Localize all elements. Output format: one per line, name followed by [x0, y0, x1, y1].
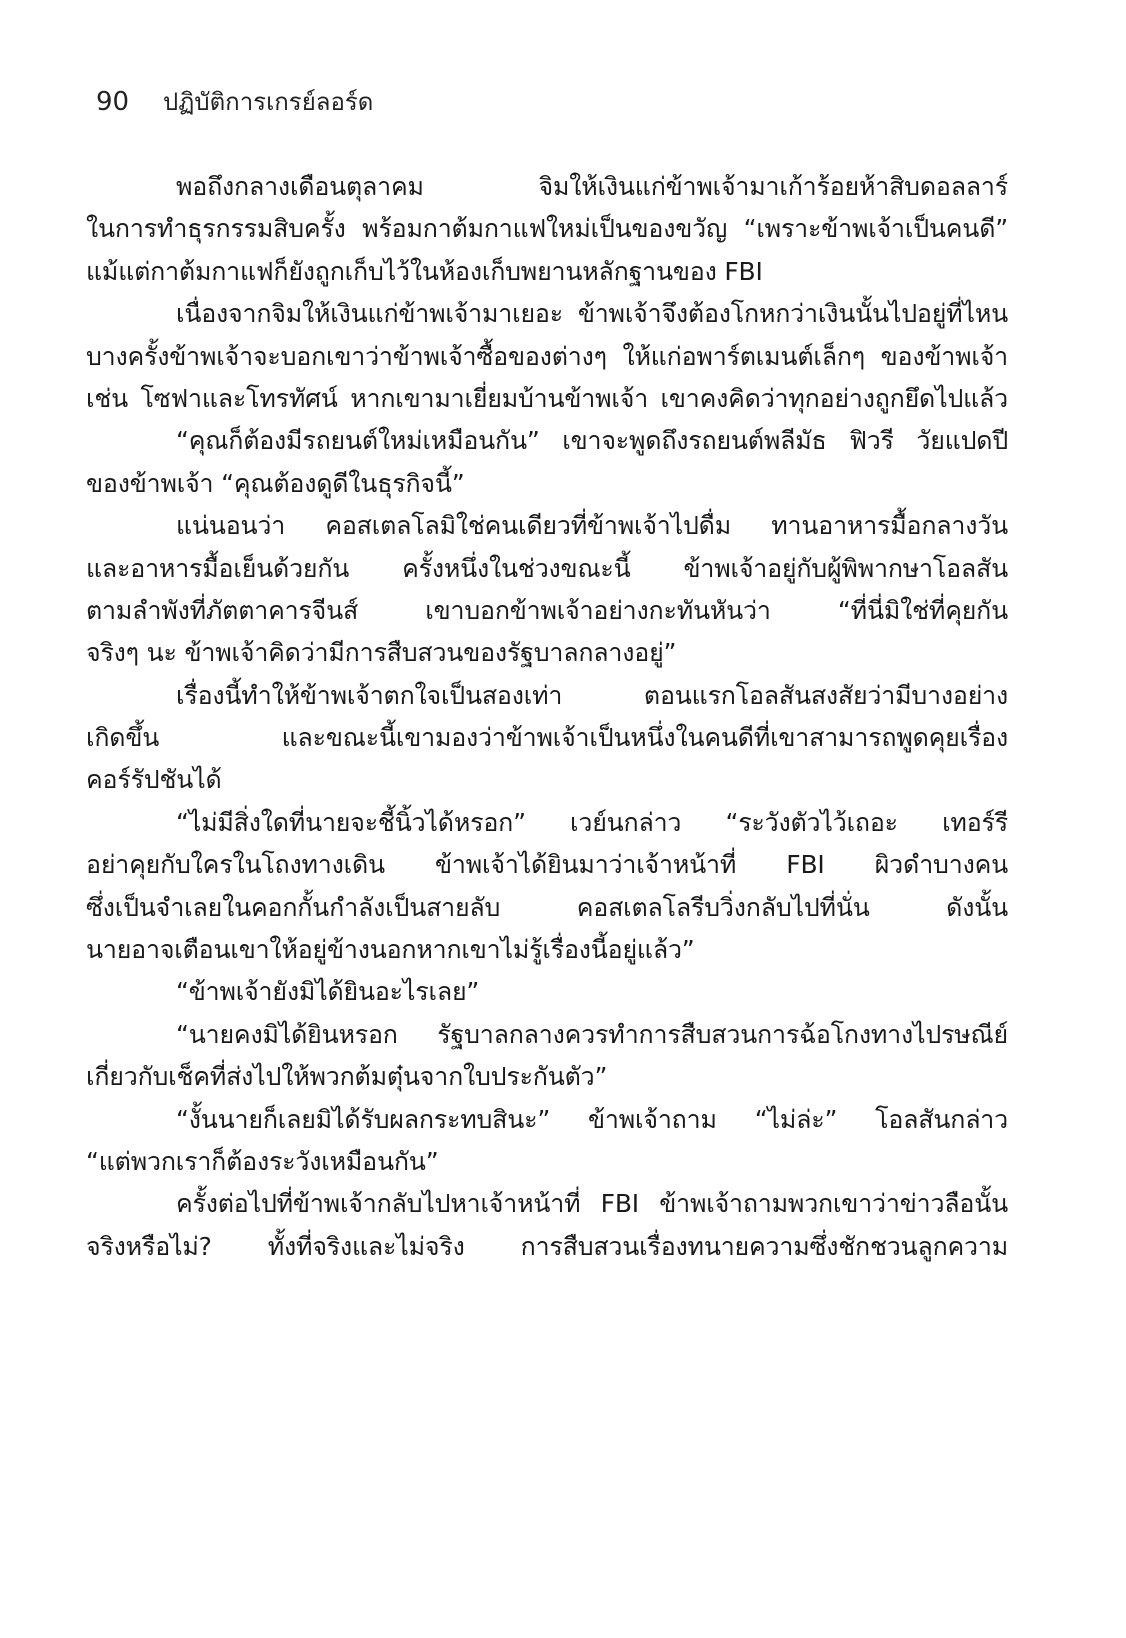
body-text: พอถึงกลางเดือนตุลาคม จิมให้เงินแก่ข้าพเจ…: [86, 166, 1008, 1268]
running-header: 90 ปฏิบัติการเกรย์ลอร์ด: [96, 82, 373, 122]
text-line: จริงๆ นะ ข้าพเจ้าคิดว่ามีการสืบสวนของรัฐ…: [86, 632, 1008, 674]
text-line: ของข้าพเจ้า “คุณต้องดูดีในธุรกิจนี้”: [86, 463, 1008, 505]
text-line: ซึ่งเป็นจำเลยในคอกกั้นกำลังเป็นสายลับ คอ…: [86, 887, 1008, 929]
text-line: อย่าคุยกับใครในโถงทางเดิน ข้าพเจ้าได้ยิน…: [86, 844, 1008, 886]
text-line: เกิดขึ้น และขณะนี้เขามองว่าข้าพเจ้าเป็นห…: [86, 717, 1008, 759]
text-line: “ไม่มีสิ่งใดที่นายจะชี้นิ้วได้หรอก” เวย์…: [86, 802, 1008, 844]
text-line: “ข้าพเจ้ายังมิได้ยินอะไรเลย”: [86, 971, 1008, 1013]
text-line: เนื่องจากจิมให้เงินแก่ข้าพเจ้ามาเยอะ ข้า…: [86, 293, 1008, 335]
text-line: แม้แต่กาต้มกาแฟก็ยังถูกเก็บไว้ในห้องเก็บ…: [86, 251, 1008, 293]
text-line: ครั้งต่อไปที่ข้าพเจ้ากลับไปหาเจ้าหน้าที่…: [86, 1183, 1008, 1225]
book-title: ปฏิบัติการเกรย์ลอร์ด: [163, 82, 373, 121]
text-line: และอาหารมื้อเย็นด้วยกัน ครั้งหนึ่งในช่วง…: [86, 548, 1008, 590]
text-line: แน่นอนว่า คอสเตลโลมิใช่คนเดียวที่ข้าพเจ้…: [86, 505, 1008, 547]
text-line: “คุณก็ต้องมีรถยนต์ใหม่เหมือนกัน” เขาจะพู…: [86, 420, 1008, 462]
text-line: “แต่พวกเราก็ต้องระวังเหมือนกัน”: [86, 1141, 1008, 1183]
text-line: “งั้นนายก็เลยมิได้รับผลกระทบสินะ” ข้าพเจ…: [86, 1099, 1008, 1141]
text-line: บางครั้งข้าพเจ้าจะบอกเขาว่าข้าพเจ้าซื้อข…: [86, 336, 1008, 378]
text-line: “นายคงมิได้ยินหรอก รัฐบาลกลางควรทำการสืบ…: [86, 1014, 1008, 1056]
text-line: เรื่องนี้ทำให้ข้าพเจ้าตกใจเป็นสองเท่า ตอ…: [86, 675, 1008, 717]
text-line: เช่น โซฟาและโทรทัศน์ หากเขามาเยี่ยมบ้านข…: [86, 378, 1008, 420]
text-line: นายอาจเตือนเขาให้อยู่ข้างนอกหากเขาไม่รู้…: [86, 929, 1008, 971]
text-line: จริงหรือไม่? ทั้งที่จริงและไม่จริง การสื…: [86, 1226, 1008, 1268]
text-line: พอถึงกลางเดือนตุลาคม จิมให้เงินแก่ข้าพเจ…: [86, 166, 1008, 208]
page-number: 90: [96, 87, 163, 117]
text-line: เกี่ยวกับเช็คที่ส่งไปให้พวกต้มตุ๋นจากใบป…: [86, 1056, 1008, 1098]
text-line: คอร์รัปชันได้: [86, 759, 1008, 801]
text-line: ในการทำธุรกรรมสิบครั้ง พร้อมกาต้มกาแฟใหม…: [86, 208, 1008, 250]
text-line: ตามลำพังที่ภัตตาคารจีนส์ เขาบอกข้าพเจ้าอ…: [86, 590, 1008, 632]
